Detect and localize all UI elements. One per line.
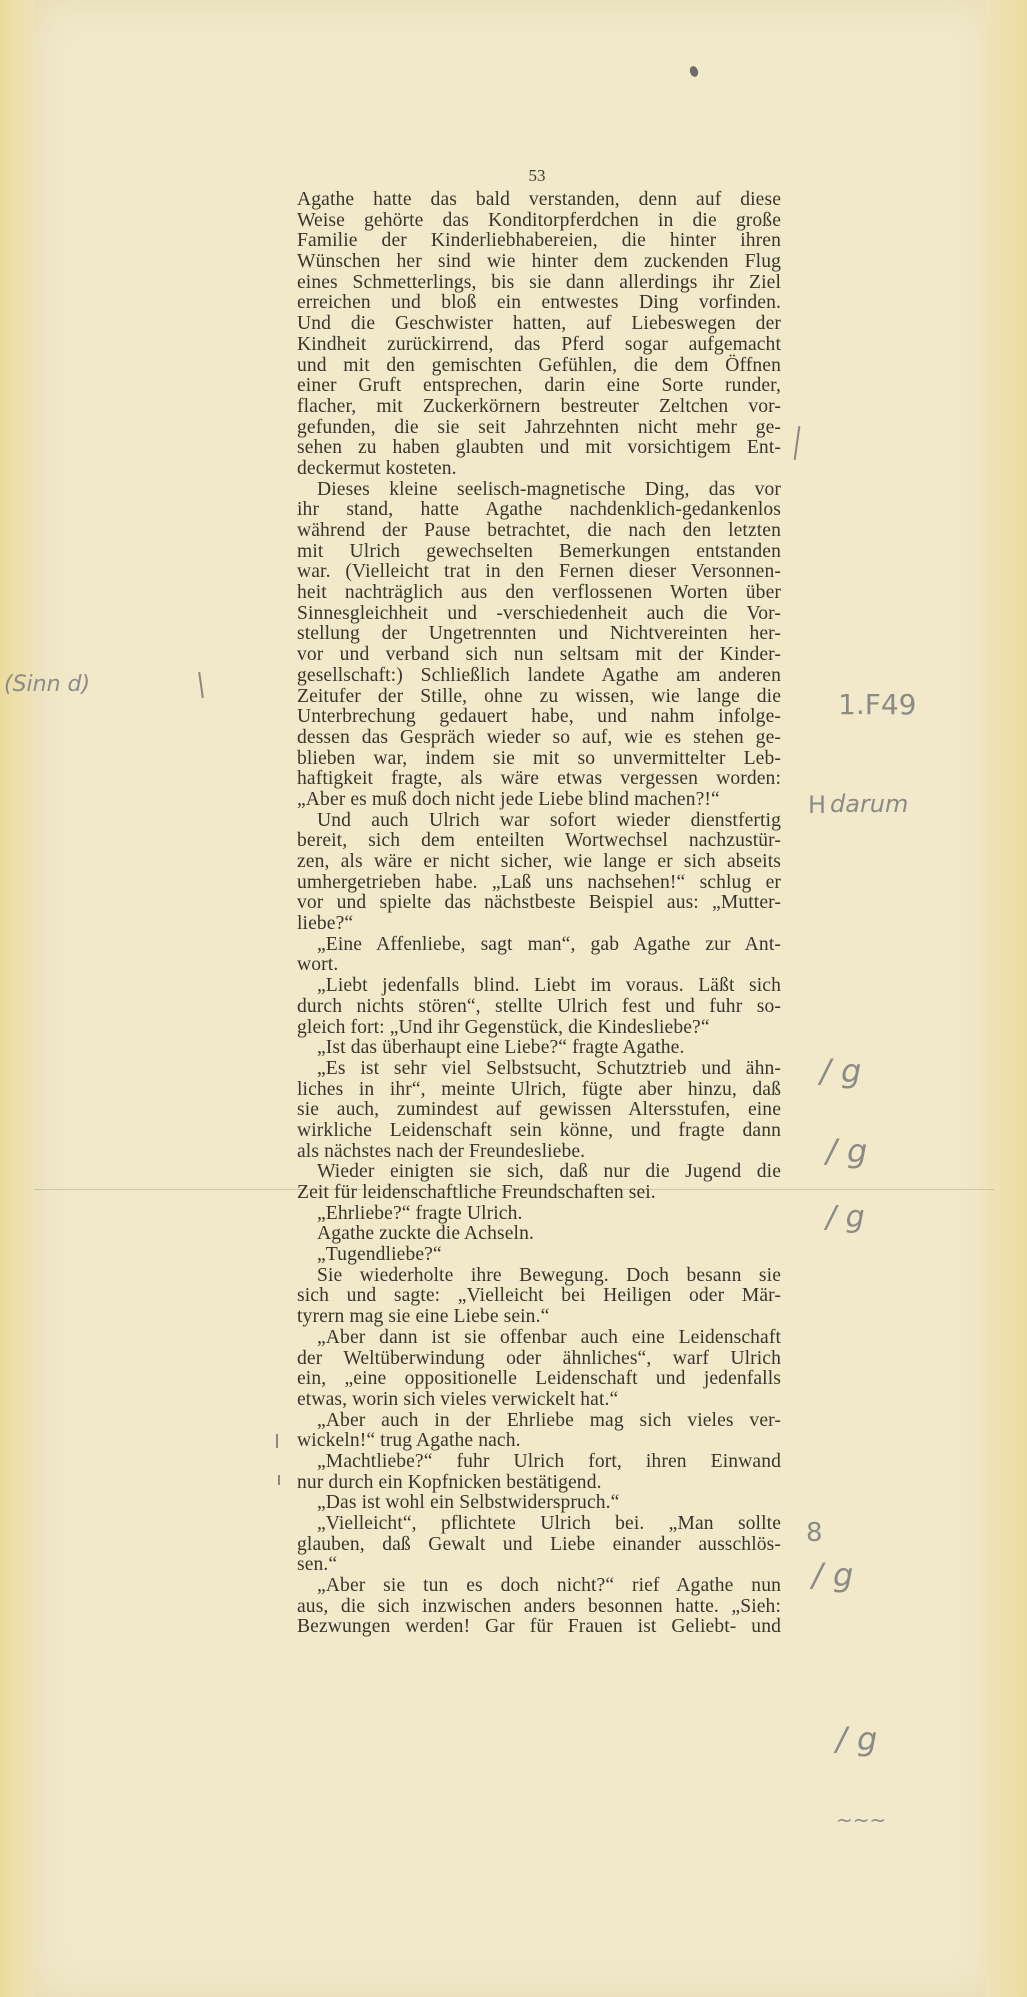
margin-mark: / g [836, 1720, 877, 1758]
text-line: „Machtliebe?“ fuhr Ulrich fort, ihren Ei… [297, 1452, 781, 1473]
text-line: Dieses kleine seelisch-magnetische Ding,… [297, 480, 781, 501]
text-line: vor und spielte das nächstbeste Beispiel… [297, 893, 781, 914]
margin-mark: / g [826, 1200, 865, 1235]
margin-mark: / g [820, 1052, 861, 1090]
text-line: wort. [297, 955, 781, 976]
text-line: blieben war, indem sie mit so unvermitte… [297, 749, 781, 770]
text-line: umhergetrieben habe. „Laß uns nachsehen!… [297, 873, 781, 894]
text-line: aus, die sich inzwischen anders besonnen… [297, 1597, 781, 1618]
text-line: nur durch ein Kopfnicken bestätigend. [297, 1473, 781, 1494]
text-line: ihr stand, hatte Agathe nachdenklich-ged… [297, 500, 781, 521]
text-line: wirkliche Leidenschaft sein könne, und f… [297, 1121, 781, 1142]
text-line: war. (Vielleicht trat in den Fernen dies… [297, 562, 781, 583]
text-line: „Liebt jedenfalls blind. Liebt im voraus… [297, 976, 781, 997]
text-line: der Weltüberwindung oder ähnliches“, war… [297, 1349, 781, 1370]
text-line: sen.“ [297, 1555, 781, 1576]
body-text: Agathe hatte das bald verstanden, denn a… [297, 190, 781, 1638]
text-line: glauben, daß Gewalt und Liebe einander a… [297, 1535, 781, 1556]
text-line: Agathe hatte das bald verstanden, denn a… [297, 190, 781, 211]
text-line: sich und sagte: „Vielleicht bei Heiligen… [297, 1286, 781, 1307]
margin-tick [276, 1434, 278, 1448]
page-number: 53 [522, 166, 552, 186]
text-line: „Aber sie tun es doch nicht?“ rief Agath… [297, 1576, 781, 1597]
text-line: stellung der Ungetrennten und Nichtverei… [297, 624, 781, 645]
text-line: liebe?“ [297, 914, 781, 935]
text-line: Bezwungen werden! Gar für Frauen ist Gel… [297, 1617, 781, 1638]
margin-mark: 8 [806, 1518, 823, 1548]
text-line: als nächstes nach der Freundesliebe. [297, 1142, 781, 1163]
text-line: liches in ihr“, meinte Ulrich, fügte abe… [297, 1080, 781, 1101]
text-line: sehen zu haben glaubten und mit vorsicht… [297, 438, 781, 459]
text-line: Sinnesgleichheit und -verschiedenheit au… [297, 604, 781, 625]
text-line: „Vielleicht“, pflichtete Ulrich bei. „Ma… [297, 1514, 781, 1535]
text-line: Und auch Ulrich war sofort wieder dienst… [297, 811, 781, 832]
text-line: Kindheit zurückirrend, das Pferd sogar a… [297, 335, 781, 356]
text-line: Agathe zuckte die Achseln. [297, 1224, 781, 1245]
text-line: erreichen und bloß ein entwestes Ding vo… [297, 293, 781, 314]
text-line: haftigkeit fragte, als wäre etwas verges… [297, 769, 781, 790]
text-line: Weise gehörte das Konditorpferdchen in d… [297, 211, 781, 232]
text-line: sie auch, zumindest auf gewissen Alterss… [297, 1100, 781, 1121]
margin-mark: / g [826, 1132, 867, 1170]
margin-insert-word: darum [830, 790, 908, 818]
text-line: durch nichts stören“, stellte Ulrich fes… [297, 997, 781, 1018]
text-line: bereit, sich dem enteilten Wortwechsel n… [297, 831, 781, 852]
text-line: zen, als wäre er nicht sicher, wie lange… [297, 852, 781, 873]
margin-mark: / g [812, 1556, 853, 1594]
text-line: wickeln!“ trug Agathe nach. [297, 1431, 781, 1452]
text-line: Und die Geschwister hatten, auf Liebeswe… [297, 314, 781, 335]
text-line: während der Pause betrachtet, die nach d… [297, 521, 781, 542]
text-line: „Eine Affenliebe, sagt man“, gab Agathe … [297, 935, 781, 956]
text-line: Familie der Kinderliebhabereien, die hin… [297, 231, 781, 252]
text-line: „Aber dann ist sie offenbar auch eine Le… [297, 1328, 781, 1349]
wave-mark: ~~~ [836, 1808, 886, 1832]
text-line: „Aber auch in der Ehrliebe mag sich viel… [297, 1411, 781, 1432]
text-line: Zeit für leidenschaftliche Freundschafte… [297, 1183, 781, 1204]
text-line: heit nachträglich aus den verflossenen W… [297, 583, 781, 604]
paper-edge-right [985, 0, 1027, 1997]
text-line: einer Gruft entsprechen, darin eine Sort… [297, 376, 781, 397]
text-line: dessen das Gespräch wieder so auf, wie e… [297, 728, 781, 749]
text-line: vor und verband sich nun seltsam mit der… [297, 645, 781, 666]
text-line: Sie wiederholte ihre Bewegung. Doch besa… [297, 1266, 781, 1287]
text-line: und mit den gemischten Gefühlen, die dem… [297, 356, 781, 377]
insert-mark-h: H [808, 791, 826, 819]
text-line: Wieder einigten sie sich, daß nur die Ju… [297, 1162, 781, 1183]
text-line: „Ist das überhaupt eine Liebe?“ fragte A… [297, 1038, 781, 1059]
text-line: gefunden, die sie seit Jahrzehnten nicht… [297, 418, 781, 439]
text-line: „Ehrliebe?“ fragte Ulrich. [297, 1204, 781, 1225]
text-line: gesellschaft:) Schließlich landete Agath… [297, 666, 781, 687]
text-line: deckermut kosteten. [297, 459, 781, 480]
text-line: „Aber es muß doch nicht jede Liebe blind… [297, 790, 781, 811]
text-line: tyrern mag sie eine Liebe sein.“ [297, 1307, 781, 1328]
text-line: gleich fort: „Und ihr Gegenstück, die Ki… [297, 1018, 781, 1039]
text-line: eines Schmetterlings, bis sie dann aller… [297, 273, 781, 294]
margin-note-left: (Sinn d) [4, 672, 90, 697]
text-line: etwas, worin sich vieles verwickelt hat.… [297, 1390, 781, 1411]
text-line: Wünschen her sind wie hinter dem zuckend… [297, 252, 781, 273]
text-line: mit Ulrich gewechselten Bemerkungen ents… [297, 542, 781, 563]
text-line: flacher, mit Zuckerkörnern bestreuter Ze… [297, 397, 781, 418]
text-line: „Tugendliebe?“ [297, 1245, 781, 1266]
text-line: Zeitufer der Stille, ohne zu wissen, wie… [297, 687, 781, 708]
margin-code: 1.F49 [838, 688, 916, 721]
text-line: „Das ist wohl ein Selbstwiderspruch.“ [297, 1493, 781, 1514]
text-line: ein, „eine oppositionelle Leidenschaft u… [297, 1369, 781, 1390]
text-line: Unterbrechung gedauert habe, und nahm in… [297, 707, 781, 728]
margin-tick [278, 1475, 280, 1485]
text-line: „Es ist sehr viel Selbstsucht, Schutztri… [297, 1059, 781, 1080]
